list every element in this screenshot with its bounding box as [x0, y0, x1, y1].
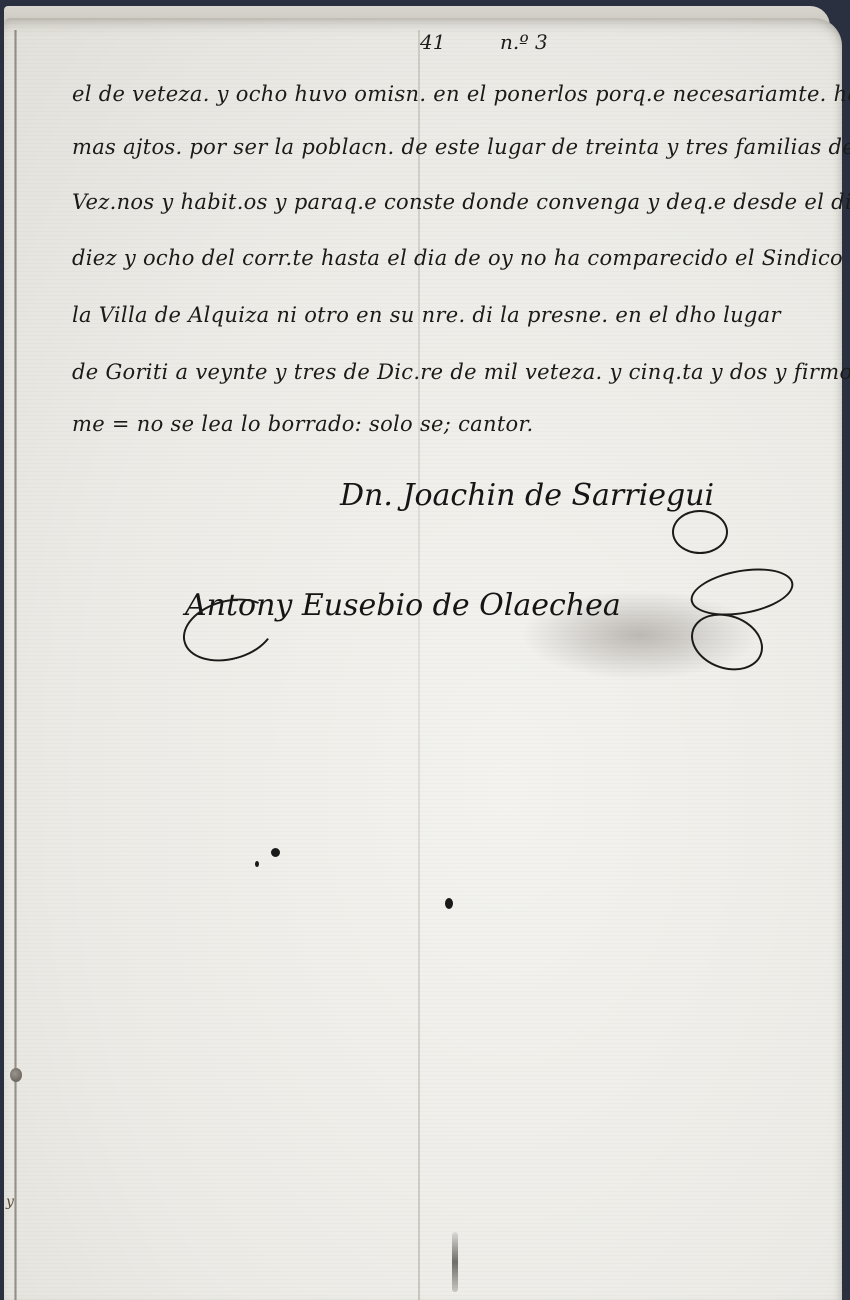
binding-spine: [14, 30, 17, 1300]
ink-blot: [271, 848, 280, 857]
body-line: la Villa de Alquiza ni otro en su nre. d…: [72, 303, 781, 327]
body-line: diez y ocho del corr.te hasta el dia de …: [72, 246, 850, 270]
ink-blot: [445, 898, 453, 909]
folio-number: 41: [420, 30, 445, 54]
signature-rubric-flourish: [672, 510, 728, 554]
body-line: Vez.nos y habit.os y paraq.e conste dond…: [72, 190, 850, 214]
margin-note: y: [6, 1194, 14, 1210]
manuscript-scan: 41 n.º 3 el de veteza. y ocho huvo omisn…: [0, 0, 850, 1300]
body-line: me = no se lea lo borrado: solo se; cant…: [72, 412, 534, 436]
signature-sarriegui: Dn. Joachin de Sarriegui: [340, 478, 714, 513]
folio-reference: n.º 3: [500, 30, 548, 54]
center-fold: [418, 30, 420, 1300]
fold-wear-mark: [452, 1232, 458, 1292]
body-line: mas ajtos. por ser la poblacn. de este l…: [72, 135, 850, 159]
body-line: el de veteza. y ocho huvo omisn. en el p…: [72, 82, 850, 106]
binding-stitch: [10, 1068, 22, 1082]
ink-blot: [255, 861, 259, 867]
body-line: de Goriti a veynte y tres de Dic.re de m…: [72, 360, 850, 384]
